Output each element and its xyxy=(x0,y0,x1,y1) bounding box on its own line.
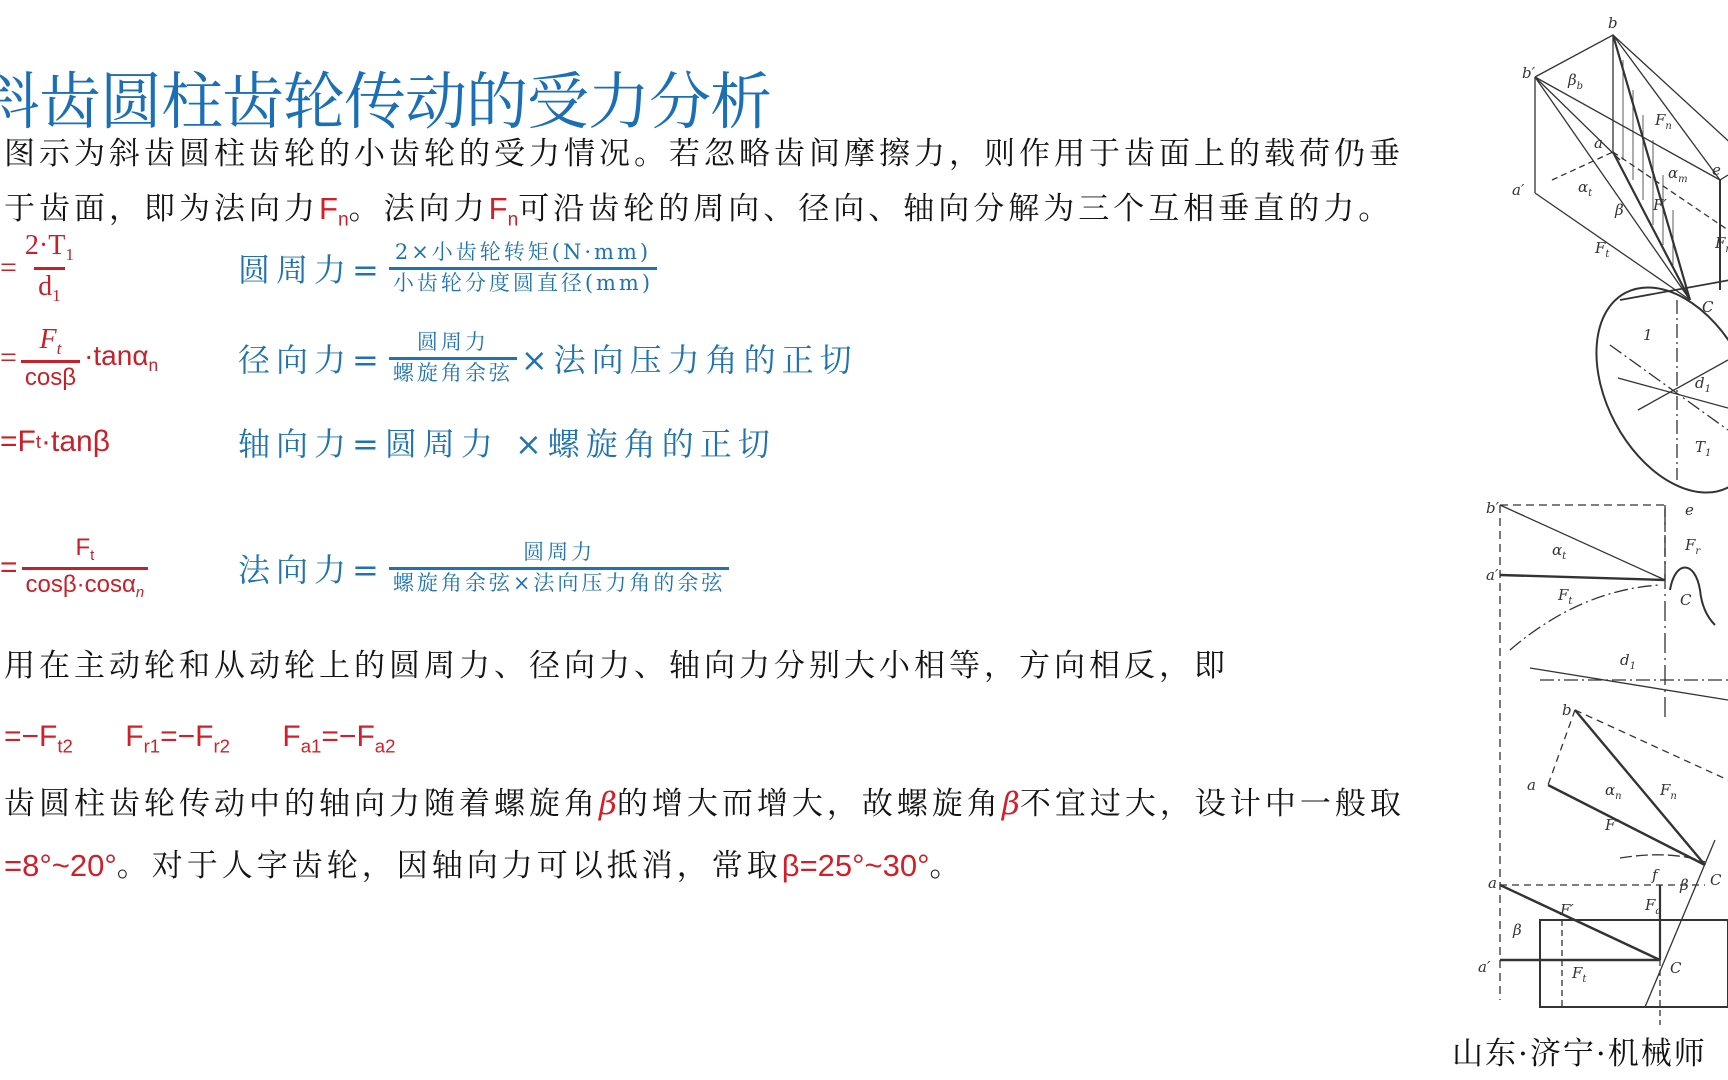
beta-symbol: β xyxy=(599,786,617,822)
herringbone-angle-range: β=25°~30° xyxy=(782,848,930,883)
intro-text: 。法向力 xyxy=(349,191,489,227)
formula-normal-force: = Ft cosβ·cosαn 法向力= 圆周力 螺旋角余弦×法向压力角的余弦 xyxy=(0,528,1000,608)
svg-text:Fr: Fr xyxy=(1714,234,1728,255)
svg-text:b′: b′ xyxy=(1486,499,1500,517)
svg-text:β: β xyxy=(1614,201,1624,219)
equality-axial: Fa1=−Fa2 xyxy=(282,720,395,753)
equality-tangential: =−Ft2 xyxy=(4,720,73,753)
svg-text:αt: αt xyxy=(1552,541,1567,562)
gear-force-diagram: bb′ βb Fn aa′ αt αm βF′ e Fr Ft C1 d1 T1… xyxy=(1440,0,1728,1040)
force-decomposition-diagram-icon: bb′ βb Fn aa′ αt αm βF′ e Fr Ft C1 d1 T1… xyxy=(1440,0,1728,1040)
svg-text:a′: a′ xyxy=(1478,958,1491,976)
svg-text:e: e xyxy=(1712,161,1721,179)
svg-text:Ft: Ft xyxy=(1557,586,1573,607)
formula-explanation: 圆周力= 2×小齿轮转矩(N·mm) 小齿轮分度圆直径(mm) xyxy=(238,228,661,308)
svg-text:αn: αn xyxy=(1605,781,1622,802)
svg-text:d1: d1 xyxy=(1695,374,1711,395)
svg-text:C: C xyxy=(1670,959,1682,977)
beta-symbol: β xyxy=(1002,786,1020,822)
svg-text:e: e xyxy=(1685,501,1694,519)
svg-text:Fr: Fr xyxy=(1684,536,1701,557)
svg-text:a: a xyxy=(1594,134,1603,152)
svg-text:b: b xyxy=(1562,701,1572,719)
equality-radial: Fr1=−Fr2 xyxy=(125,720,230,753)
svg-text:T1: T1 xyxy=(1695,438,1711,459)
svg-text:β: β xyxy=(1512,921,1522,939)
svg-text:C: C xyxy=(1710,871,1722,889)
author-watermark: 山东·济宁·机械师 xyxy=(1452,1028,1707,1073)
svg-text:Fn: Fn xyxy=(1654,111,1672,132)
formula-lhs: = 2·T1 d1 xyxy=(0,228,82,308)
svg-text:F′: F′ xyxy=(1559,901,1574,919)
formula-explanation: 法向力= 圆周力 螺旋角余弦×法向压力角的余弦 xyxy=(238,528,733,608)
svg-text:C: C xyxy=(1702,298,1714,316)
force-equalities: =−Ft2 Fr1=−Fr2 Fa1=−Fa2 xyxy=(4,720,439,758)
svg-text:d1: d1 xyxy=(1620,651,1636,672)
svg-text:a: a xyxy=(1527,776,1536,794)
svg-text:F′: F′ xyxy=(1652,196,1667,214)
svg-text:Fa: Fa xyxy=(1644,896,1661,917)
intro-text: 可沿齿轮的周向、径向、轴向分解为三个互相垂直的力。 xyxy=(518,191,1393,227)
svg-text:Fn: Fn xyxy=(1659,781,1677,802)
formula-lhs: = Ft cosβ·cosαn xyxy=(0,528,152,608)
conclusion-line-1: 齿圆柱齿轮传动中的轴向力随着螺旋角β的增大而增大，故螺旋角β不宜过大，设计中一般… xyxy=(4,778,1405,823)
conclusion-line-2: =8°~20°。对于人字齿轮，因轴向力可以抵消，常取β=25°~30°。 xyxy=(4,840,965,885)
relation-text: 用在主动轮和从动轮上的圆周力、径向力、轴向力分别大小相等，方向相反，即 xyxy=(4,640,1229,685)
svg-text:a′: a′ xyxy=(1486,566,1499,584)
svg-text:Ft: Ft xyxy=(1571,964,1587,985)
svg-text:βb: βb xyxy=(1567,71,1583,92)
formula-explanation: 轴向力=圆周力 ×螺旋角的正切 xyxy=(238,402,776,482)
svg-text:C: C xyxy=(1680,591,1692,609)
formula-tangential-force: = 2·T1 d1 圆周力= 2×小齿轮转矩(N·mm) 小齿轮分度圆直径(mm… xyxy=(0,228,1000,308)
svg-text:αm: αm xyxy=(1668,164,1688,185)
svg-text:Ft: Ft xyxy=(1594,239,1610,260)
helix-angle-range: =8°~20° xyxy=(4,848,117,883)
formula-axial-force: =Ft·tanβ 轴向力=圆周力 ×螺旋角的正切 xyxy=(0,402,1000,482)
svg-text:β: β xyxy=(1679,876,1689,894)
formula-lhs: = Ft cosβ ·tanαn xyxy=(0,318,158,398)
svg-text:a′: a′ xyxy=(1512,181,1525,199)
svg-text:αt: αt xyxy=(1578,178,1593,199)
svg-text:F′: F′ xyxy=(1604,816,1619,834)
svg-text:1: 1 xyxy=(1643,326,1653,344)
intro-line-1: 图示为斜齿圆柱齿轮的小齿轮的受力情况。若忽略齿间摩擦力，则作用于齿面上的载荷仍垂 xyxy=(4,128,1404,173)
formula-lhs: =Ft·tanβ xyxy=(0,402,110,482)
svg-text:b′: b′ xyxy=(1522,64,1536,82)
svg-text:b: b xyxy=(1608,14,1618,32)
intro-text: 于齿面，即为法向力 xyxy=(4,191,319,227)
formula-radial-force: = Ft cosβ ·tanαn 径向力= 圆周力 螺旋角余弦 ×法向压力角的正… xyxy=(0,318,1000,398)
svg-text:a: a xyxy=(1488,874,1497,892)
formula-explanation: 径向力= 圆周力 螺旋角余弦 ×法向压力角的正切 xyxy=(238,318,858,398)
normal-force-symbol: Fn xyxy=(489,191,519,226)
normal-force-symbol: Fn xyxy=(319,191,349,226)
intro-line-2: 于齿面，即为法向力Fn。法向力Fn可沿齿轮的周向、径向、轴向分解为三个互相垂直的… xyxy=(4,183,1393,232)
svg-text:f: f xyxy=(1651,866,1660,884)
